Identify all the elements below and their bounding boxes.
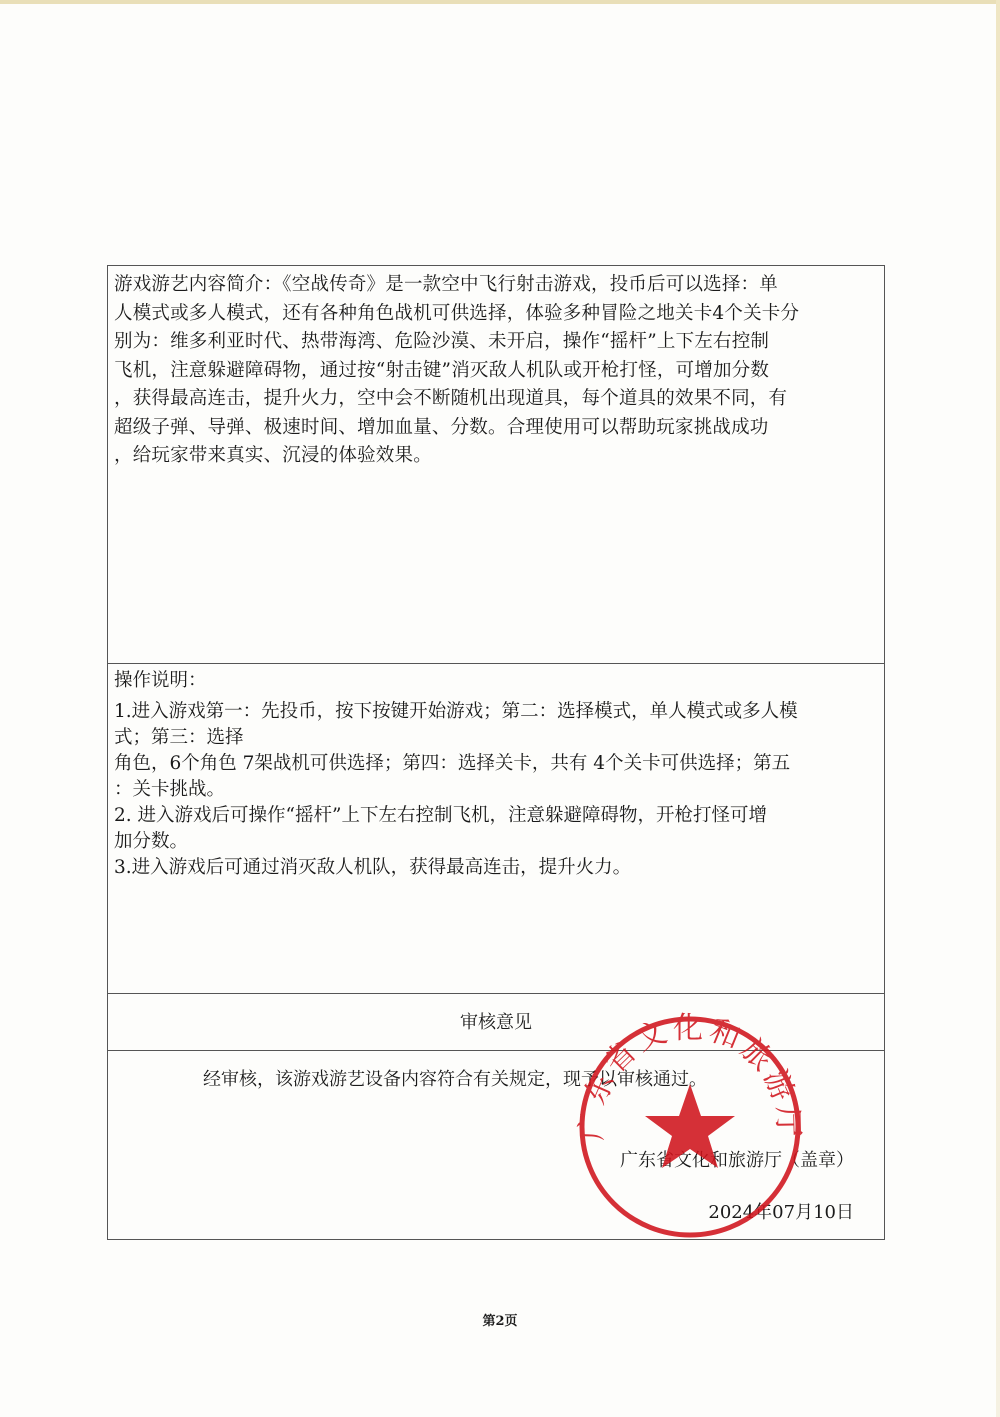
page-number: 第2页 <box>0 1310 1000 1329</box>
review-form-table: 游戏游艺内容简介：《空战传奇》是一款空中飞行射击游戏，投币后可以选择：单 人模式… <box>107 265 885 1240</box>
operation-line: 加分数。 <box>114 829 878 855</box>
intro-line: 超级子弹、导弹、极速时间、增加血量、分数。合理使用可以帮助玩家挑战成功 <box>114 414 878 443</box>
intro-line: 别为：维多利亚时代、热带海湾、危险沙漠、未开启，操作“摇杆”上下左右控制 <box>114 328 878 357</box>
operation-line: 2. 进入游戏后可操作“摇杆”上下左右控制飞机，注意躲避障碍物，开枪打怪可增 <box>114 803 878 829</box>
intro-line: 飞机，注意躲避障碍物，通过按“射击键”消灭敌人机队或开枪打怪，可增加分数 <box>114 357 878 386</box>
intro-line: 人模式或多人模式，还有各种角色战机可供选择，体验多种冒险之地关卡4个关卡分 <box>114 300 878 329</box>
paper-edge <box>0 0 1000 4</box>
review-heading: 审核意见 <box>108 994 884 1051</box>
operation-line: 式；第三：选择 <box>114 725 878 751</box>
review-opinion-text: 经审核，该游戏游艺设备内容符合有关规定，现予以审核通过。 <box>203 1065 707 1091</box>
issuing-organization: 广东省文化和旅游厅（盖章） <box>620 1146 854 1172</box>
operation-line: 3.进入游戏后可通过消灭敌人机队，获得最高连击，提升火力。 <box>114 855 878 881</box>
operation-line: ：关卡挑战。 <box>114 777 878 803</box>
paper-edge <box>996 0 1000 1417</box>
operation-line: 1.进入游戏第一：先投币，按下按键开始游戏；第二：选择模式，单人模式或多人模 <box>114 699 878 725</box>
operation-line: 角色，6个角色 7架战机可供选择；第四：选择关卡，共有 4个关卡可供选择；第五 <box>114 751 878 777</box>
operations-label: 操作说明： <box>114 667 878 695</box>
review-body-cell: 经审核，该游戏游艺设备内容符合有关规定，现予以审核通过。 广东省文化和旅游厅（盖… <box>108 1051 884 1239</box>
review-date: 2024年07月10日 <box>708 1198 854 1224</box>
operation-instructions-cell: 操作说明： 1.进入游戏第一：先投币，按下按键开始游戏；第二：选择模式，单人模式… <box>108 664 884 994</box>
intro-line: 游戏游艺内容简介：《空战传奇》是一款空中飞行射击游戏，投币后可以选择：单 <box>114 271 878 300</box>
intro-line: ，获得最高连击，提升火力，空中会不断随机出现道具，每个道具的效果不同，有 <box>114 385 878 414</box>
intro-line: ，给玩家带来真实、沉浸的体验效果。 <box>114 442 878 471</box>
content-intro-cell: 游戏游艺内容简介：《空战传奇》是一款空中飞行射击游戏，投币后可以选择：单 人模式… <box>108 266 884 664</box>
